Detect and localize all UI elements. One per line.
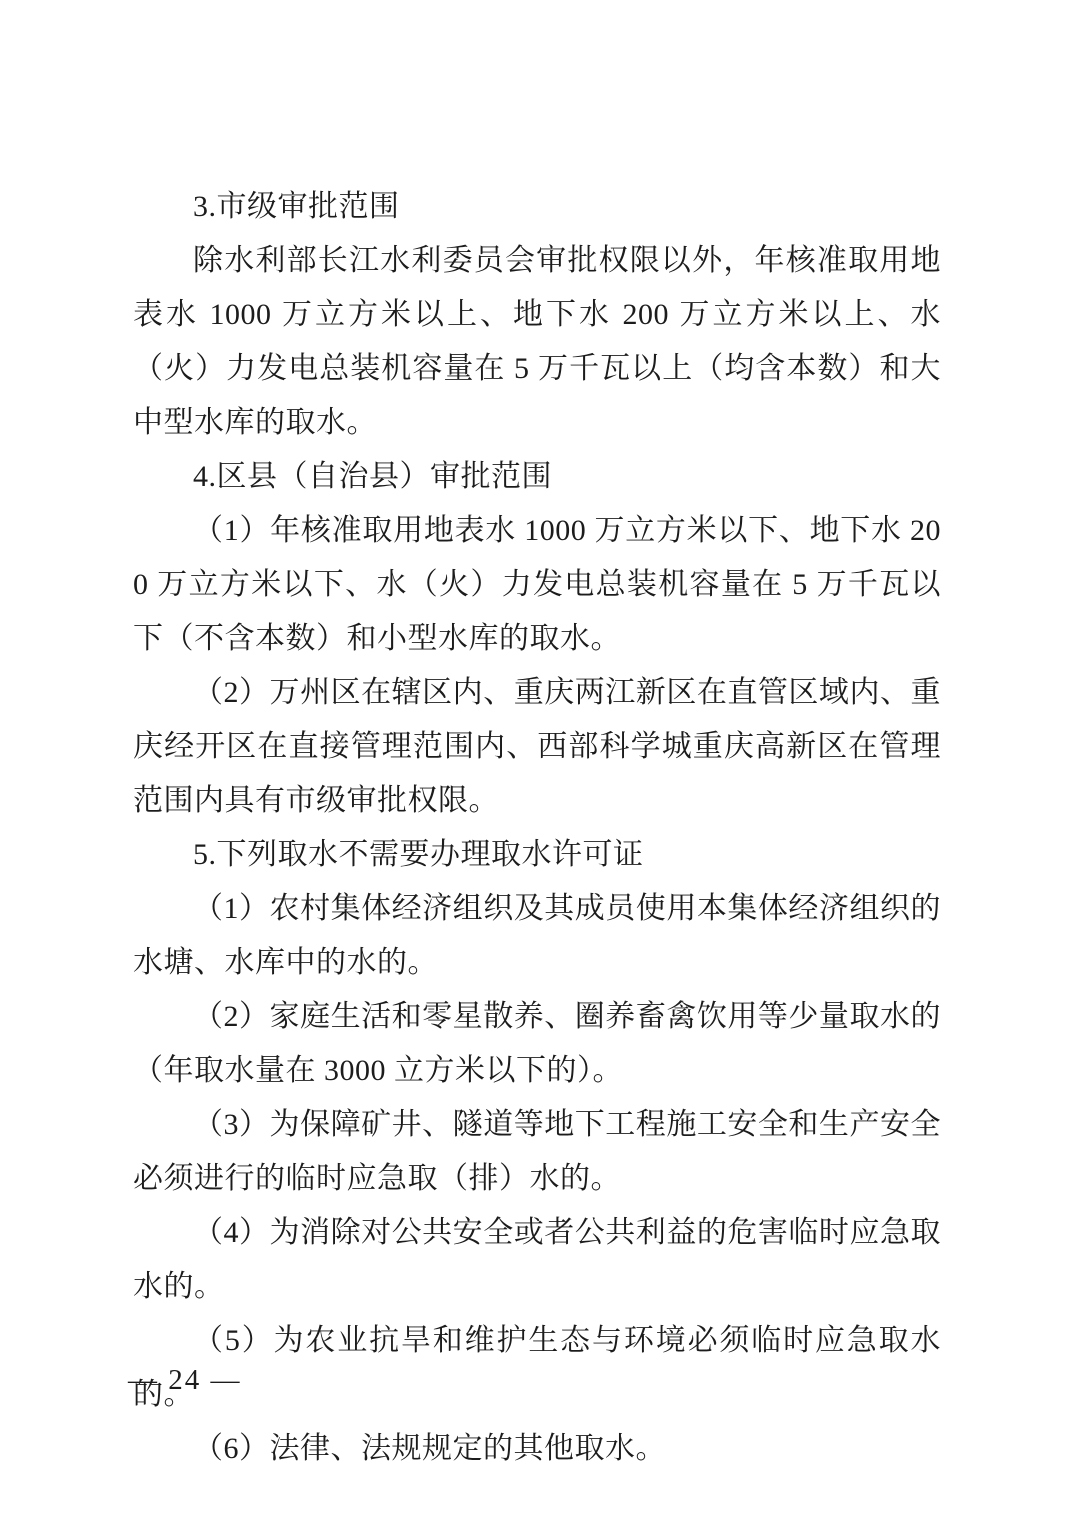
list-item: （2）家庭生活和零星散养、圈养畜禽饮用等少量取水的（年取水量在 3000 立方米… (133, 990, 941, 1098)
list-item: （2）万州区在辖区内、重庆两江新区在直管区域内、重庆经开区在直接管理范围内、西部… (133, 666, 941, 828)
list-item: （4）为消除对公共安全或者公共利益的危害临时应急取水的。 (133, 1206, 941, 1314)
section-heading-3: 3.市级审批范围 (133, 180, 941, 234)
list-item: （3）为保障矿井、隧道等地下工程施工安全和生产安全必须进行的临时应急取（排）水的… (133, 1098, 941, 1206)
list-item: （5）为农业抗旱和维护生态与环境必须临时应急取水的。 (133, 1314, 941, 1422)
list-item: （1）农村集体经济组织及其成员使用本集体经济组织的水塘、水库中的水的。 (133, 882, 941, 990)
document-body: 3.市级审批范围 除水利部长江水利委员会审批权限以外，年核准取用地表水 1000… (133, 180, 941, 1476)
document-page: 3.市级审批范围 除水利部长江水利委员会审批权限以外，年核准取用地表水 1000… (0, 0, 1074, 1520)
section-heading-5: 5.下列取水不需要办理取水许可证 (133, 828, 941, 882)
section-heading-4: 4.区县（自治县）审批范围 (133, 450, 941, 504)
paragraph: 除水利部长江水利委员会审批权限以外，年核准取用地表水 1000 万立方米以上、地… (133, 234, 941, 450)
list-item: （1）年核准取用地表水 1000 万立方米以下、地下水 200 万立方米以下、水… (133, 504, 941, 666)
page-number: — 24 — (128, 1360, 242, 1400)
list-item: （6）法律、法规规定的其他取水。 (133, 1422, 941, 1476)
